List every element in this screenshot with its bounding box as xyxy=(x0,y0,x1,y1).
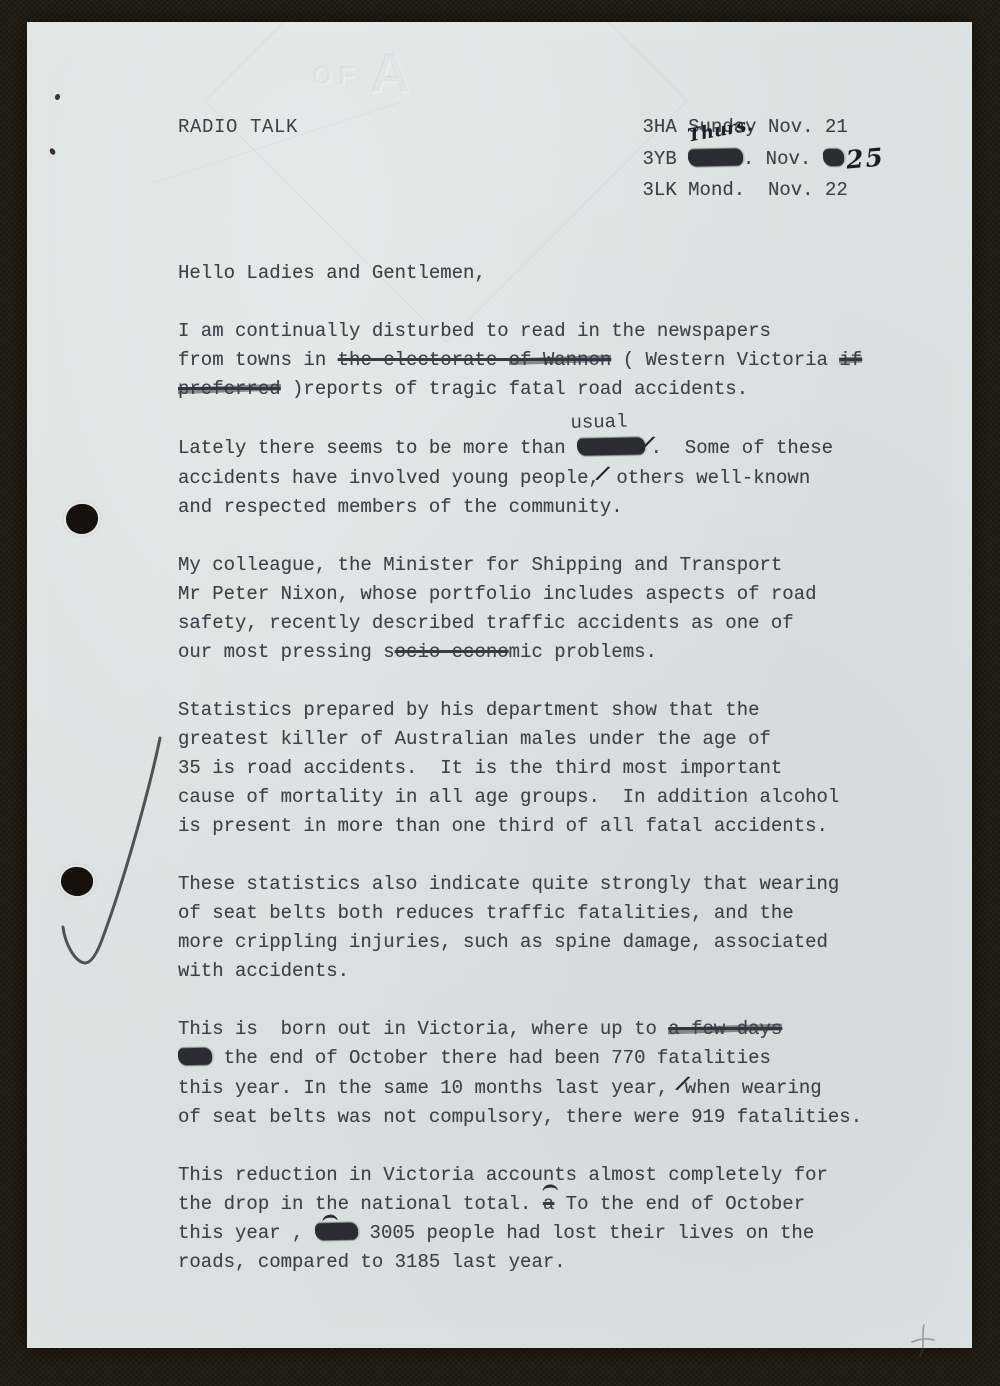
paragraph: Statistics prepared by his department sh… xyxy=(178,696,885,841)
struck-text: if xyxy=(839,349,862,371)
typed-text: . Nov. xyxy=(743,148,823,170)
typed-text: mic problems. xyxy=(509,641,657,663)
typed-text: and respected members of the community. xyxy=(178,496,623,518)
typed-text: safety, recently described traffic accid… xyxy=(178,612,794,634)
redacted-text xyxy=(823,149,844,166)
typed-line: roads, compared to 3185 last year. xyxy=(178,1248,885,1277)
typed-text: Mr Peter Nixon, whose portfolio includes… xyxy=(178,583,817,605)
typed-text: accidents have involved young people, xyxy=(178,467,600,489)
document-title: RADIO TALK xyxy=(178,112,298,143)
document-content: RADIO TALK 3HA Sunday Nov. 213YB Thurs..… xyxy=(27,22,972,1381)
typed-text: roads, compared to 3185 last year. xyxy=(178,1251,566,1273)
redacted-text: Thurs. xyxy=(688,148,743,166)
typed-line: cause of mortality in all age groups. In… xyxy=(178,783,885,812)
typed-text: the drop in the national total. xyxy=(178,1193,543,1215)
typed-text: 3LK Mond. Nov. 22 xyxy=(643,179,848,201)
typed-line: Lately there seems to be more than usual… xyxy=(178,433,885,463)
struck-text: a few days xyxy=(668,1018,782,1040)
typed-text: 3YB xyxy=(643,148,689,170)
struck-text: ocio-econo xyxy=(395,641,509,663)
typed-line: This is born out in Victoria, where up t… xyxy=(178,1015,885,1044)
struck-text: preferred xyxy=(178,378,281,400)
typed-line: of seat belts was not compulsory, there … xyxy=(178,1103,885,1132)
typed-text: cause of mortality in all age groups. In… xyxy=(178,786,839,808)
typed-text: 35 is road accidents. It is the third mo… xyxy=(178,757,782,779)
typed-text: Hello Ladies and Gentlemen, xyxy=(178,262,486,284)
paragraph: This reduction in Victoria accounts almo… xyxy=(178,1161,885,1277)
typed-text: this year. In the same 10 months last ye… xyxy=(178,1077,680,1099)
typed-line: with accidents. xyxy=(178,957,885,986)
typed-line: more crippling injuries, such as spine d… xyxy=(178,928,885,957)
typed-text: This is born out in Victoria, where up t… xyxy=(178,1018,668,1040)
typed-text: the end of October there had been 770 fa… xyxy=(212,1047,771,1069)
paragraph: Hello Ladies and Gentlemen, xyxy=(178,259,885,288)
typed-text: These statistics also indicate quite str… xyxy=(178,873,839,895)
typed-text: Lately there seems to be more than xyxy=(178,437,577,459)
typed-line: the end of October there had been 770 fa… xyxy=(178,1044,885,1073)
typed-text: others well-known xyxy=(605,467,810,489)
paragraph: These statistics also indicate quite str… xyxy=(178,870,885,986)
typed-line: Statistics prepared by his department sh… xyxy=(178,696,885,725)
typed-line: safety, recently described traffic accid… xyxy=(178,609,885,638)
typed-line: this year. In the same 10 months last ye… xyxy=(178,1073,885,1103)
handwritten-text: 25 xyxy=(845,141,886,175)
typed-line: This reduction in Victoria accounts almo… xyxy=(178,1161,885,1190)
document-header: RADIO TALK 3HA Sunday Nov. 213YB Thurs..… xyxy=(178,112,885,206)
document-page: OFA RADIO TALK 3HA Sunday Nov. 213YB Thu… xyxy=(27,22,972,1348)
typed-line: 3LK Mond. Nov. 22 xyxy=(643,175,885,206)
typed-line: 3YB Thurs.. Nov. 25 xyxy=(643,143,885,175)
typed-text: ( Western Victoria xyxy=(611,349,839,371)
paragraph: My colleague, the Minister for Shipping … xyxy=(178,551,885,667)
typed-text: greatest killer of Australian males unde… xyxy=(178,728,771,750)
typed-text: I am continually disturbed to read in th… xyxy=(178,320,771,342)
typed-line: Hello Ladies and Gentlemen, xyxy=(178,259,885,288)
typed-line: this year , ( 3005 people had lost their… xyxy=(178,1219,885,1248)
typed-line: 3HA Sunday Nov. 21 xyxy=(643,112,885,143)
typed-line: is present in more than one third of all… xyxy=(178,812,885,841)
paragraph: I am continually disturbed to read in th… xyxy=(178,317,885,404)
typed-text: )reports of tragic fatal road accidents. xyxy=(281,378,748,400)
typed-line: My colleague, the Minister for Shipping … xyxy=(178,551,885,580)
typed-text: Statistics prepared by his department sh… xyxy=(178,699,760,721)
paragraph: Lately there seems to be more than usual… xyxy=(178,433,885,522)
typed-line: These statistics also indicate quite str… xyxy=(178,870,885,899)
typed-line: our most pressing socio-economic problem… xyxy=(178,638,885,667)
typed-line: 35 is road accidents. It is the third mo… xyxy=(178,754,885,783)
struck-text: a( xyxy=(543,1193,554,1215)
typed-text: from towns in xyxy=(178,349,338,371)
typed-line: of seat belts both reduces traffic fatal… xyxy=(178,899,885,928)
typed-text: is present in more than one third of all… xyxy=(178,815,828,837)
typed-text: My colleague, the Minister for Shipping … xyxy=(178,554,782,576)
broadcast-schedule: 3HA Sunday Nov. 213YB Thurs.. Nov. 253LK… xyxy=(643,112,885,206)
typed-text: with accidents. xyxy=(178,960,349,982)
document-body: Hello Ladies and Gentlemen,I am continua… xyxy=(178,259,885,1277)
typed-text: more crippling injuries, such as spine d… xyxy=(178,931,828,953)
typed-line: greatest killer of Australian males unde… xyxy=(178,725,885,754)
typed-text: this year , xyxy=(178,1222,315,1244)
paragraph: This is born out in Victoria, where up t… xyxy=(178,1015,885,1132)
redacted-text: usual xyxy=(577,437,646,455)
typed-line: accidents have involved young people,/ o… xyxy=(178,463,885,493)
typed-line: Mr Peter Nixon, whose portfolio includes… xyxy=(178,580,885,609)
typed-line: I am continually disturbed to read in th… xyxy=(178,317,885,346)
redacted-text xyxy=(178,1048,213,1066)
struck-text: the electorate xyxy=(338,349,509,371)
typed-text: of seat belts was not compulsory, there … xyxy=(178,1106,862,1128)
typed-text: This reduction in Victoria accounts almo… xyxy=(178,1164,828,1186)
typed-line: and respected members of the community. xyxy=(178,493,885,522)
typed-line: from towns in the electorate of Wannon (… xyxy=(178,346,885,375)
photo-background: OFA RADIO TALK 3HA Sunday Nov. 213YB Thu… xyxy=(0,0,1000,1386)
struck-text: of Wannon xyxy=(509,349,612,371)
typed-line: preferred )reports of tragic fatal road … xyxy=(178,375,885,404)
typed-text: our most pressing s xyxy=(178,641,395,663)
typed-line: the drop in the national total. a( To th… xyxy=(178,1190,885,1219)
typed-text: 3005 people had lost their lives on the xyxy=(358,1222,814,1244)
typed-text: when wearing xyxy=(685,1077,822,1099)
typed-text: . Some of these xyxy=(651,437,833,459)
inserted-typed-text: usual xyxy=(570,413,627,433)
redacted-text: ( xyxy=(315,1223,359,1241)
pencil-arc-mark: ( xyxy=(543,1183,557,1192)
typed-text: of seat belts both reduces traffic fatal… xyxy=(178,902,794,924)
pencil-arc-mark: ( xyxy=(322,1213,336,1222)
typed-text: To the end of October xyxy=(554,1193,805,1215)
